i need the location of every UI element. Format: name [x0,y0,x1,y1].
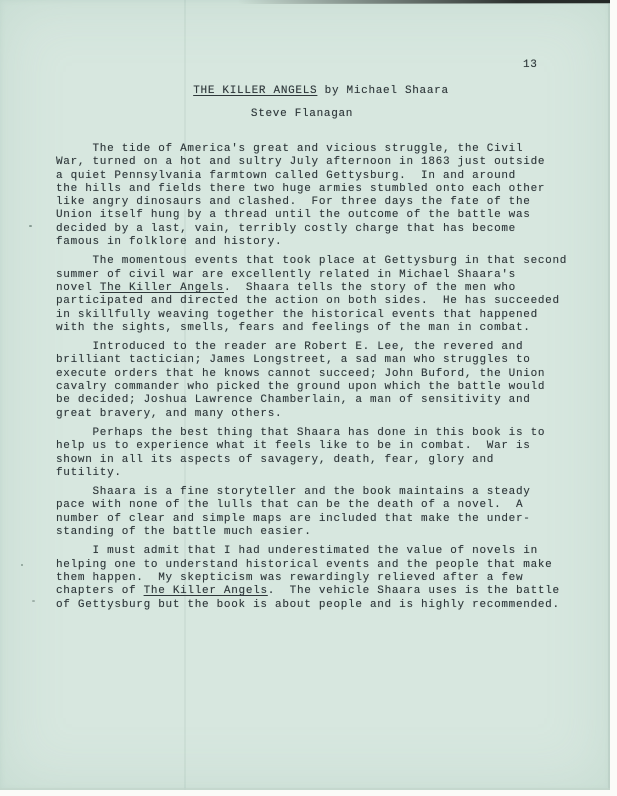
text-line: Introduced to the reader are Robert E. L… [56,341,576,354]
text-line: famous in folklore and history. [56,236,576,249]
paragraph: Introduced to the reader are Robert E. L… [56,341,576,421]
scan-speck [32,600,35,602]
text-line: great bravery, and many others. [56,408,576,421]
text-line: War, turned on a hot and sultry July aft… [56,156,576,169]
paper-edge [608,4,610,790]
document-body: The tide of America's great and vicious … [56,143,576,618]
text-line: Shaara is a fine storyteller and the boo… [56,486,576,499]
title-book-name: THE KILLER ANGELS [193,85,317,97]
text-line: I must admit that I had underestimated t… [56,545,576,558]
text-line: cavalry commander who picked the ground … [56,381,576,394]
text-line: the hills and fields there two huge armi… [56,183,576,196]
text-line: a quiet Pennsylvania farmtown called Get… [56,170,576,183]
text-line: chapters of The Killer Angels. The vehic… [56,585,576,598]
text-line: of Gettysburg but the book is about peop… [56,599,576,612]
text-line: novel The Killer Angels. Shaara tells th… [56,282,576,295]
page-number: 13 [523,59,538,72]
text-line: with the sights, smells, fears and feeli… [56,322,576,335]
text-line: decided by a last, vain, terribly costly… [56,223,576,236]
scanned-page: 13 THE KILLER ANGELS by Michael Shaara S… [0,0,610,790]
text-line: standing of the battle much easier. [56,526,576,539]
text-line: helping one to understand historical eve… [56,559,576,572]
text-line: brilliant tactician; James Longstreet, a… [56,354,576,367]
text-line: execute orders that he knows cannot succ… [56,368,576,381]
document-header: THE KILLER ANGELS by Michael Shaara Stev… [56,85,562,122]
underlined-book-title: The Killer Angels [144,585,268,597]
text-line: in skillfully weaving together the histo… [56,309,576,322]
text-line: participated and directed the action on … [56,295,576,308]
text-line: summer of civil war are excellently rela… [56,269,576,282]
text-line: The momentous events that took place at … [56,255,576,268]
text-line: pace with none of the lulls that can be … [56,499,576,512]
scan-speck [29,225,32,227]
byline: Steve Flanagan [49,108,555,121]
paragraph: The tide of America's great and vicious … [56,143,576,249]
text-line: The tide of America's great and vicious … [56,143,576,156]
text-line: shown in all its aspects of savagery, de… [56,454,576,467]
text-line: Perhaps the best thing that Shaara has d… [56,427,576,440]
text-line: be decided; Joshua Lawrence Chamberlain,… [56,394,576,407]
paragraph: Shaara is a fine storyteller and the boo… [56,486,576,539]
text-line: help us to experience what it feels like… [56,440,576,453]
scan-speck [21,564,23,566]
text-line: Union itself hung by a thread until the … [56,209,576,222]
paper-edge [0,788,610,790]
text-line: number of clear and simple maps are incl… [56,513,576,526]
document-title: THE KILLER ANGELS by Michael Shaara [68,85,574,98]
paragraph: The momentous events that took place at … [56,255,576,335]
text-line: futility. [56,467,576,480]
text-line: them happen. My skepticism was rewarding… [56,572,576,585]
underlined-book-title: The Killer Angels [100,282,224,294]
paragraph: Perhaps the best thing that Shaara has d… [56,427,576,480]
paragraph: I must admit that I had underestimated t… [56,545,576,611]
title-author: by Michael Shaara [317,85,448,97]
text-line: like angry dinosaurs and clashed. For th… [56,196,576,209]
